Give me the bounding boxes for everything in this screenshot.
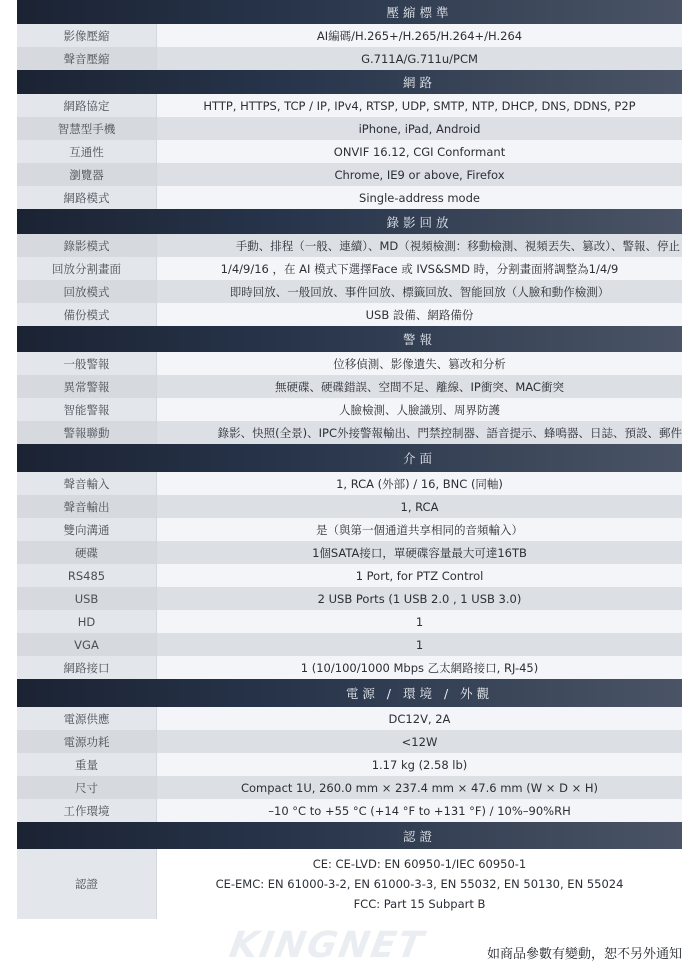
- spec-value: 1, RCA: [157, 495, 682, 518]
- spec-label: 網路協定: [17, 94, 157, 117]
- section-header-interface: 介面: [17, 444, 682, 472]
- spec-label: 聲音輸出: [17, 495, 157, 518]
- spec-row: 瀏覽器 Chrome, IE9 or above, Firefox: [17, 163, 682, 186]
- spec-value: AI編碼/H.265+/H.265/H.264+/H.264: [157, 24, 682, 47]
- spec-row: 異常警報 無硬碟、硬碟錯誤、空間不足、離線、IP衝突、MAC衝突: [17, 375, 682, 398]
- spec-value: 1個SATA接口，單硬碟容量最大可達16TB: [157, 541, 682, 564]
- section-title: 錄影回放: [157, 213, 682, 231]
- spec-value: 1/4/9/16 ，在 AI 模式下選擇Face 或 IVS&SMD 時，分割畫…: [157, 257, 682, 280]
- spec-value: 1: [157, 633, 682, 656]
- spec-row: 電源供應 DC12V, 2A: [17, 707, 682, 730]
- spec-value: 手動、排程（一般、連續）、MD（視頻檢測：移動檢測、視頻丟失、篡改）、警報、停止: [157, 234, 682, 257]
- spec-row: 網路接口 1 (10/100/1000 Mbps 乙太網路接口, RJ-45): [17, 656, 682, 679]
- spec-value: 1 (10/100/1000 Mbps 乙太網路接口, RJ-45): [157, 656, 682, 679]
- spec-row: HD 1: [17, 610, 682, 633]
- footer-disclaimer: 如商品參數有變動，恕不另外通知: [487, 943, 682, 962]
- spec-label: 異常警報: [17, 375, 157, 398]
- spec-row: 網路模式 Single-address mode: [17, 186, 682, 209]
- spec-row: 硬碟 1個SATA接口，單硬碟容量最大可達16TB: [17, 541, 682, 564]
- spec-value: 1.17 kg (2.58 lb): [157, 753, 682, 776]
- spec-label: USB: [17, 587, 157, 610]
- section-title: 警報: [157, 330, 682, 348]
- spec-row: 一般警報 位移偵測、影像遺失、篡改和分析: [17, 352, 682, 375]
- spec-row: VGA 1: [17, 633, 682, 656]
- spec-label: 智慧型手機: [17, 117, 157, 140]
- spec-label: 認證: [17, 849, 157, 919]
- section-title: 網路: [157, 73, 682, 91]
- spec-label: VGA: [17, 633, 157, 656]
- cert-line: FCC: Part 15 Subpart B: [354, 894, 486, 914]
- spec-label: 雙向溝通: [17, 518, 157, 541]
- spec-row: 互通性 ONVIF 16.12, CGI Conformant: [17, 140, 682, 163]
- spec-row-certification: 認證 CE: CE-LVD: EN 60950-1/IEC 60950-1 CE…: [17, 849, 682, 919]
- spec-row: 回放模式 即時回放、一般回放、事件回放、標籤回放、智能回放（人臉和動作檢測）: [17, 280, 682, 303]
- spec-value: 無硬碟、硬碟錯誤、空間不足、離線、IP衝突、MAC衝突: [157, 375, 682, 398]
- spec-row: 影像壓縮 AI編碼/H.265+/H.265/H.264+/H.264: [17, 24, 682, 47]
- spec-value: 是（與第一個通道共享相同的音頻輸入）: [157, 518, 682, 541]
- spec-sheet: 壓縮標準 影像壓縮 AI編碼/H.265+/H.265/H.264+/H.264…: [17, 0, 682, 919]
- spec-value: 2 USB Ports (1 USB 2.0 , 1 USB 3.0): [157, 587, 682, 610]
- spec-value: <12W: [157, 730, 682, 753]
- spec-label: 聲音輸入: [17, 472, 157, 495]
- section-title: 壓縮標準: [157, 3, 682, 21]
- spec-row: 錄影模式 手動、排程（一般、連續）、MD（視頻檢測：移動檢測、視頻丟失、篡改）、…: [17, 234, 682, 257]
- section-title: 介面: [157, 449, 682, 467]
- cert-line: CE: CE-LVD: EN 60950-1/IEC 60950-1: [313, 854, 527, 874]
- spec-label: 影像壓縮: [17, 24, 157, 47]
- spec-label: 硬碟: [17, 541, 157, 564]
- section-header-compression: 壓縮標準: [17, 0, 682, 24]
- section-header-power-environment: 電源 / 環境 / 外觀: [17, 679, 682, 707]
- spec-row: 聲音輸出 1, RCA: [17, 495, 682, 518]
- spec-value: 位移偵測、影像遺失、篡改和分析: [157, 352, 682, 375]
- spec-row: 回放分割畫面 1/4/9/16 ，在 AI 模式下選擇Face 或 IVS&SM…: [17, 257, 682, 280]
- section-title: 電源 / 環境 / 外觀: [157, 684, 682, 702]
- spec-label: 電源功耗: [17, 730, 157, 753]
- spec-value: 1 Port, for PTZ Control: [157, 564, 682, 587]
- spec-label: 瀏覽器: [17, 163, 157, 186]
- spec-value-certification: CE: CE-LVD: EN 60950-1/IEC 60950-1 CE-EM…: [157, 849, 682, 919]
- spec-label: 一般警報: [17, 352, 157, 375]
- watermark-logo: KINGNET: [226, 925, 427, 966]
- spec-row: USB 2 USB Ports (1 USB 2.0 , 1 USB 3.0): [17, 587, 682, 610]
- section-title: 認證: [157, 827, 682, 845]
- spec-label: HD: [17, 610, 157, 633]
- spec-label: 錄影模式: [17, 234, 157, 257]
- spec-label: 重量: [17, 753, 157, 776]
- spec-label: 警報聯動: [17, 421, 157, 444]
- spec-row: 尺寸 Compact 1U, 260.0 mm × 237.4 mm × 47.…: [17, 776, 682, 799]
- spec-label: 備份模式: [17, 303, 157, 326]
- spec-label: 網路接口: [17, 656, 157, 679]
- spec-value: Single-address mode: [157, 186, 682, 209]
- spec-label: 回放模式: [17, 280, 157, 303]
- section-header-alarm: 警報: [17, 326, 682, 352]
- spec-label: 電源供應: [17, 707, 157, 730]
- spec-value: –10 °C to +55 °C (+14 °F to +131 °F) / 1…: [157, 799, 682, 822]
- cert-line: CE-EMC: EN 61000-3-2, EN 61000-3-3, EN 5…: [216, 874, 624, 894]
- spec-label: 回放分割畫面: [17, 257, 157, 280]
- spec-row: 電源功耗 <12W: [17, 730, 682, 753]
- spec-row: 警報聯動 錄影、快照(全景)、IPC外接警報輸出、門禁控制器、語音提示、蜂鳴器、…: [17, 421, 682, 444]
- spec-value: USB 設備、網路備份: [157, 303, 682, 326]
- spec-label: RS485: [17, 564, 157, 587]
- spec-value: G.711A/G.711u/PCM: [157, 47, 682, 70]
- spec-value: iPhone, iPad, Android: [157, 117, 682, 140]
- spec-value: 1, RCA (外部) / 16, BNC (同軸): [157, 472, 682, 495]
- spec-row: 智能警報 人臉檢測、人臉識別、周界防護: [17, 398, 682, 421]
- spec-label: 尺寸: [17, 776, 157, 799]
- section-header-recording-playback: 錄影回放: [17, 209, 682, 234]
- spec-row: RS485 1 Port, for PTZ Control: [17, 564, 682, 587]
- spec-label: 互通性: [17, 140, 157, 163]
- spec-label: 智能警報: [17, 398, 157, 421]
- spec-row: 智慧型手機 iPhone, iPad, Android: [17, 117, 682, 140]
- spec-row: 工作環境 –10 °C to +55 °C (+14 °F to +131 °F…: [17, 799, 682, 822]
- spec-label: 網路模式: [17, 186, 157, 209]
- spec-label: 工作環境: [17, 799, 157, 822]
- spec-value: 人臉檢測、人臉識別、周界防護: [157, 398, 682, 421]
- spec-row: 聲音輸入 1, RCA (外部) / 16, BNC (同軸): [17, 472, 682, 495]
- section-header-certification: 認證: [17, 822, 682, 849]
- spec-value: 錄影、快照(全景)、IPC外接警報輸出、門禁控制器、語音提示、蜂鳴器、日誌、預設…: [157, 421, 682, 444]
- spec-row: 聲音壓縮 G.711A/G.711u/PCM: [17, 47, 682, 70]
- spec-value: HTTP, HTTPS, TCP / IP, IPv4, RTSP, UDP, …: [157, 94, 682, 117]
- spec-value: DC12V, 2A: [157, 707, 682, 730]
- spec-label: 聲音壓縮: [17, 47, 157, 70]
- spec-row: 重量 1.17 kg (2.58 lb): [17, 753, 682, 776]
- spec-value: ONVIF 16.12, CGI Conformant: [157, 140, 682, 163]
- spec-row: 雙向溝通 是（與第一個通道共享相同的音頻輸入）: [17, 518, 682, 541]
- spec-row: 備份模式 USB 設備、網路備份: [17, 303, 682, 326]
- spec-value: Compact 1U, 260.0 mm × 237.4 mm × 47.6 m…: [157, 776, 682, 799]
- spec-row: 網路協定 HTTP, HTTPS, TCP / IP, IPv4, RTSP, …: [17, 94, 682, 117]
- spec-value: Chrome, IE9 or above, Firefox: [157, 163, 682, 186]
- section-header-network: 網路: [17, 70, 682, 94]
- spec-value: 即時回放、一般回放、事件回放、標籤回放、智能回放（人臉和動作檢測）: [157, 280, 682, 303]
- spec-value: 1: [157, 610, 682, 633]
